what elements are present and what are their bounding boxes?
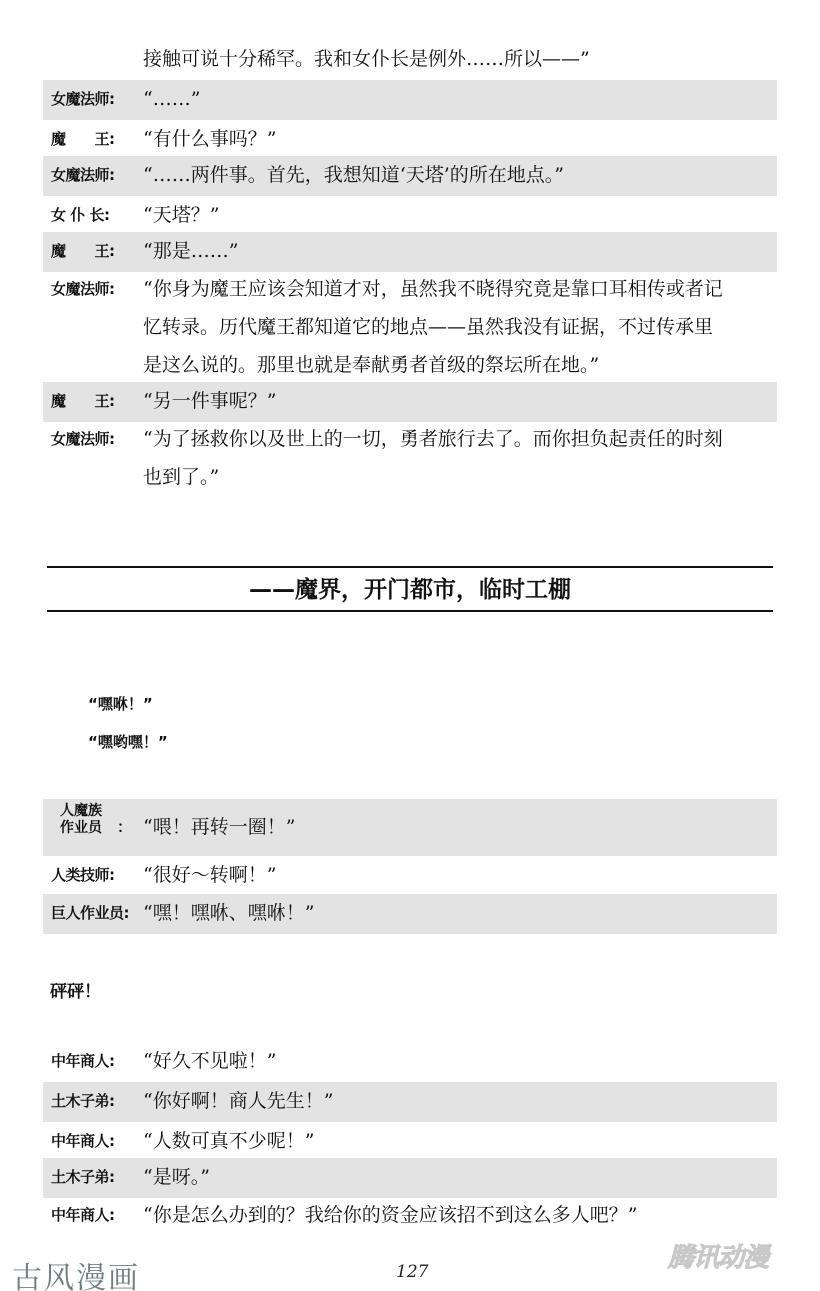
continuation-text: 接触可说十分稀罕。我和女仆长是例外……所以——” [143,40,590,78]
speech-text: “好久不见啦！” [143,1042,276,1080]
speaker-name: 女魔法师: [51,270,115,308]
section-title: ——魔界，开门都市，临时工棚 [0,571,820,609]
dialogue-row: 女魔法师: “你身为魔王应该会知道才对，虽然我不晓得究竟是靠口耳相传或者记 忆转… [43,270,777,382]
speech-text: “有什么事吗？” [143,120,276,158]
dialogue-row: 魔 王: “有什么事吗？” [43,120,777,156]
speech-text: “喂！再转一圈！” [143,799,295,855]
speaker-name: 中年商人: [51,1122,115,1160]
document-page: 接触可说十分稀罕。我和女仆长是例外……所以——” 女魔法师: “……” 魔 王:… [0,0,820,1291]
brand-logo: 古风漫画 [12,1253,140,1291]
speaker-name: 魔 王: [51,382,115,420]
dialogue-row: 中年商人: “人数可真不少呢！” [43,1122,777,1158]
speaker-name: 巨人作业员: [51,894,129,932]
speaker-colon: ： [117,799,132,855]
section-rule-top [47,566,773,568]
speaker-name: 中年商人: [51,1196,115,1234]
dialogue-row: 人魔族 作业员 ： “喂！再转一圈！” [43,799,777,856]
dialogue-row: 女魔法师: “为了拯救你以及世上的一切，勇者旅行去了。而你担负起责任的时刻 也到… [43,420,777,496]
speech-text-line: 是这么说的。那里也就是奉献勇者首级的祭坛所在地。” [143,346,599,384]
speech-text: “你是怎么办到的？我给你的资金应该招不到这么多人吧？” [143,1196,637,1234]
dialogue-row: 女 仆 长: “天塔？” [43,196,777,232]
speech-text: “……” [143,80,200,118]
speaker-name-line: 作业员 [51,820,111,837]
speech-text: “嘿！嘿咻、嘿咻！” [143,894,314,932]
sfx-text: “嘿咻！” [88,692,153,716]
speaker-name: 土木子弟: [51,1082,115,1120]
speech-text: “那是……” [143,232,238,270]
speaker-name: 人类技师: [51,856,115,894]
sfx-text: “嘿哟嘿！” [88,730,168,754]
dialogue-row: 土木子弟: “是呀。” [43,1158,777,1198]
dialogue-row: 女魔法师: “……两件事。首先，我想知道‘天塔’的所在地点。” [43,156,777,196]
dialogue-row: 女魔法师: “……” [43,80,777,120]
speech-text: “人数可真不少呢！” [143,1122,314,1160]
dialogue-row: 中年商人: “好久不见啦！” [43,1042,777,1082]
speech-text: “是呀。” [143,1158,210,1196]
sfx-text: 砰砰！ [50,980,101,1004]
speaker-name: 女魔法师: [51,80,115,118]
speaker-name: 中年商人: [51,1042,115,1080]
dialogue-row: 巨人作业员: “嘿！嘿咻、嘿咻！” [43,894,777,934]
section-rule-bottom [47,610,773,612]
speech-text-line: “为了拯救你以及世上的一切，勇者旅行去了。而你担负起责任的时刻 [143,420,723,458]
dialogue-row: 魔 王: “那是……” [43,232,777,272]
speaker-name: 女 仆 长: [51,196,109,234]
page-number: 127 [396,1262,428,1282]
speaker-name-line: 人魔族 [51,803,111,820]
speech-text: “……两件事。首先，我想知道‘天塔’的所在地点。” [143,156,564,194]
dialogue-row: 人类技师: “很好～转啊！” [43,856,777,894]
speaker-name: 土木子弟: [51,1158,115,1196]
speaker-name: 魔 王: [51,120,115,158]
speech-text: “天塔？” [143,196,219,234]
speech-text-line: “你身为魔王应该会知道才对，虽然我不晓得究竟是靠口耳相传或者记 [143,270,723,308]
speaker-name: 女魔法师: [51,156,115,194]
speaker-name: 魔 王: [51,232,115,270]
dialogue-row: 中年商人: “你是怎么办到的？我给你的资金应该招不到这么多人吧？” [43,1196,777,1234]
speech-text: “很好～转啊！” [143,856,276,894]
speaker-name: 女魔法师: [51,420,115,458]
speech-text-line: 也到了。” [143,458,219,496]
speech-text: “另一件事呢？” [143,382,276,420]
speaker-name-stacked: 人魔族 作业员 [51,803,111,837]
speech-text-line: 忆转录。历代魔王都知道它的地点——虽然我没有证据，不过传承里 [143,308,713,346]
dialogue-row: 魔 王: “另一件事呢？” [43,382,777,422]
watermark-logo: 腾讯动漫 [668,1237,768,1274]
dialogue-row: 土木子弟: “你好啊！商人先生！” [43,1082,777,1122]
speech-text: “你好啊！商人先生！” [143,1082,333,1120]
